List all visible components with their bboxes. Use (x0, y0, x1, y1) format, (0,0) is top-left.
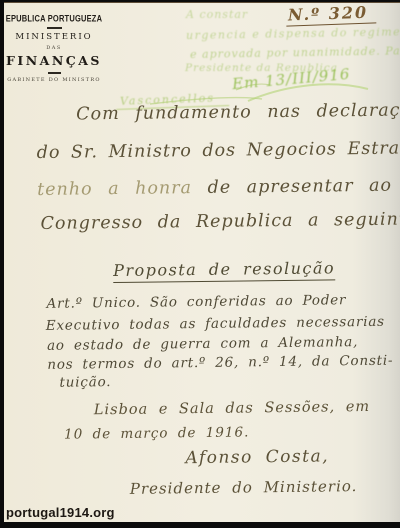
body-line-rest: de apresentar ao (192, 176, 392, 198)
article-line: ao estado de guerra com a Alemanha, (47, 334, 358, 354)
body-line: Congresso da Republica a seguinte (40, 209, 400, 234)
article-line: nos termos do art.º 26, n.º 14, da Const… (47, 353, 393, 373)
article-line: Art.º Unico. São conferidas ao Poder (46, 292, 346, 312)
body-line: Com fundamento nas declarações (76, 100, 400, 124)
signature-name: Afonso Costa, (185, 446, 329, 468)
watermark-portugal1914: portugal1914.org (6, 505, 115, 520)
proposal-heading: Proposta de resolução (113, 258, 335, 283)
article-line: tuição. (59, 374, 111, 391)
dateline-place: Lisboa e Sala das Sessões, em (94, 399, 370, 418)
body-line: tenho a honra de apresentar ao (37, 176, 392, 200)
handwritten-content: Com fundamento nas declarações do Sr. Mi… (0, 0, 400, 528)
body-line: do Sr. Ministro dos Negocios Estrangeiro… (37, 138, 400, 163)
signature-title: Presidente do Ministerio. (130, 477, 358, 498)
dateline-date: 10 de março de 1916. (64, 424, 249, 442)
document-scan: EPUBLICA PORTUGUEZA MINISTERIO DAS FINAN… (0, 0, 400, 528)
body-line-faded-part: tenho a honra (37, 178, 192, 200)
article-line: Executivo todas as faculdades necessaria… (46, 314, 385, 334)
